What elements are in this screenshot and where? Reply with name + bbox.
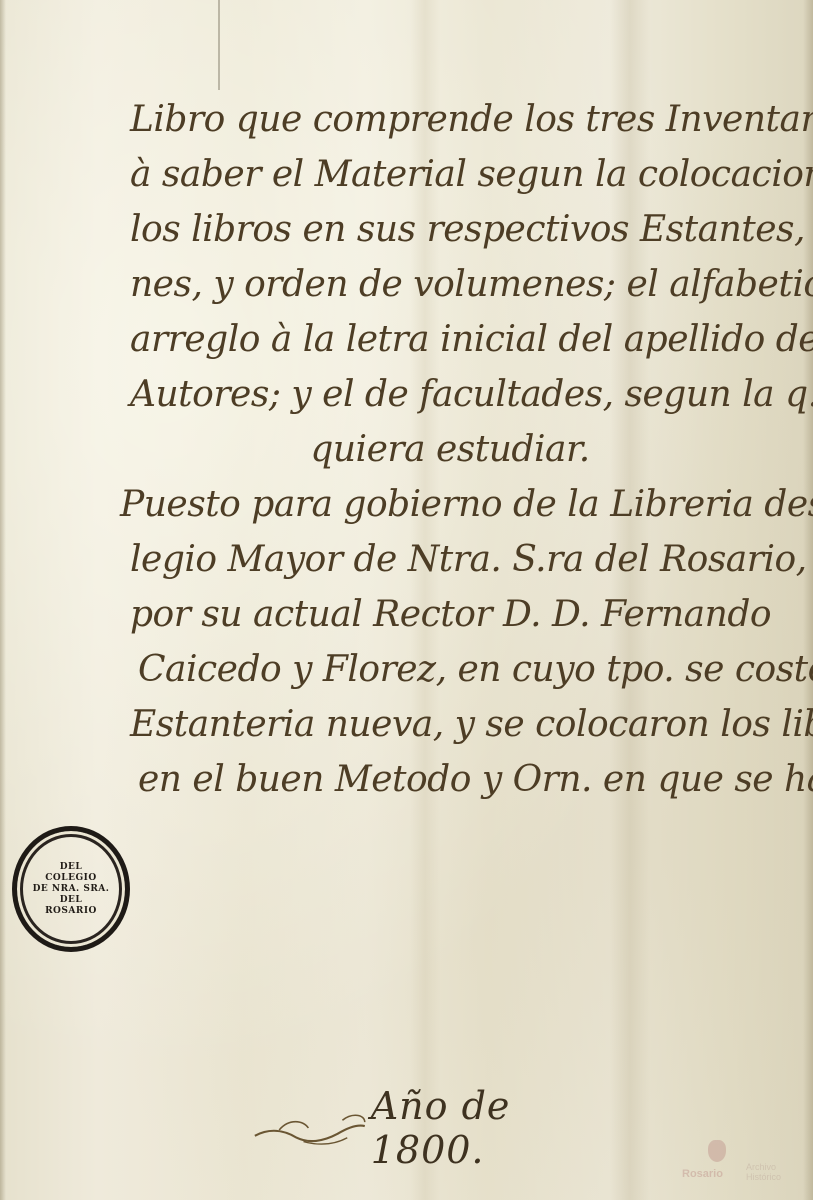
manuscript-page: Libro que comprende los tres Inventarios…: [0, 0, 813, 1200]
manuscript-text: Libro que comprende los tres Inventarios…: [130, 92, 770, 807]
text-line: arreglo à la letra inicial del apellido …: [130, 312, 770, 367]
rosario-emblem-icon: [708, 1140, 726, 1162]
text-line: Puesto para gobierno de la Libreria dest…: [120, 477, 770, 532]
seal-text: DEL COLEGIO DE NRA. SRA. DEL ROSARIO: [33, 862, 110, 917]
seal-line: DEL: [33, 862, 110, 873]
text-line: quiera estudiar.: [130, 422, 770, 477]
seal-line: DEL: [33, 895, 110, 906]
date-line: Año de 1800.: [250, 1098, 630, 1158]
text-line: nes, y orden de volumenes; el alfabetico…: [130, 257, 770, 312]
calligraphic-flourish-icon: [250, 1108, 367, 1148]
text-line: Estanteria nueva, y se colocaron los lib…: [130, 697, 770, 752]
page-left-edge: [0, 0, 6, 1200]
text-line: por su actual Rector D. D. Fernando: [130, 587, 770, 642]
seal-line: DE NRA. SRA.: [33, 884, 110, 895]
library-seal-stamp: DEL COLEGIO DE NRA. SRA. DEL ROSARIO: [12, 826, 130, 952]
watermark-archive-line: Archivo: [746, 1162, 781, 1172]
watermark-archive-line: Histórico: [746, 1172, 781, 1182]
watermark-institution: Rosario: [682, 1168, 723, 1180]
watermark-archive: Archivo Histórico: [746, 1162, 781, 1182]
text-line: Autores; y el de facultades, segun la q.…: [130, 367, 770, 422]
text-line: à saber el Material segun la colocacion …: [130, 147, 770, 202]
seal-line: COLEGIO: [33, 873, 110, 884]
fold-crease: [218, 0, 220, 90]
date-text: Año de 1800.: [371, 1084, 630, 1172]
text-line: Caicedo y Florez, en cuyo tpo. se costeó…: [138, 642, 770, 697]
text-line: en el buen Metodo y Orn. en que se halla…: [138, 752, 770, 807]
text-line: Libro que comprende los tres Inventarios…: [130, 92, 770, 147]
text-line: los libros en sus respectivos Estantes, …: [130, 202, 770, 257]
seal-line: ROSARIO: [33, 906, 110, 917]
text-line: legio Mayor de Ntra. S.ra del Rosario,: [130, 532, 770, 587]
archive-watermark: Rosario Archivo Histórico: [680, 1140, 800, 1195]
